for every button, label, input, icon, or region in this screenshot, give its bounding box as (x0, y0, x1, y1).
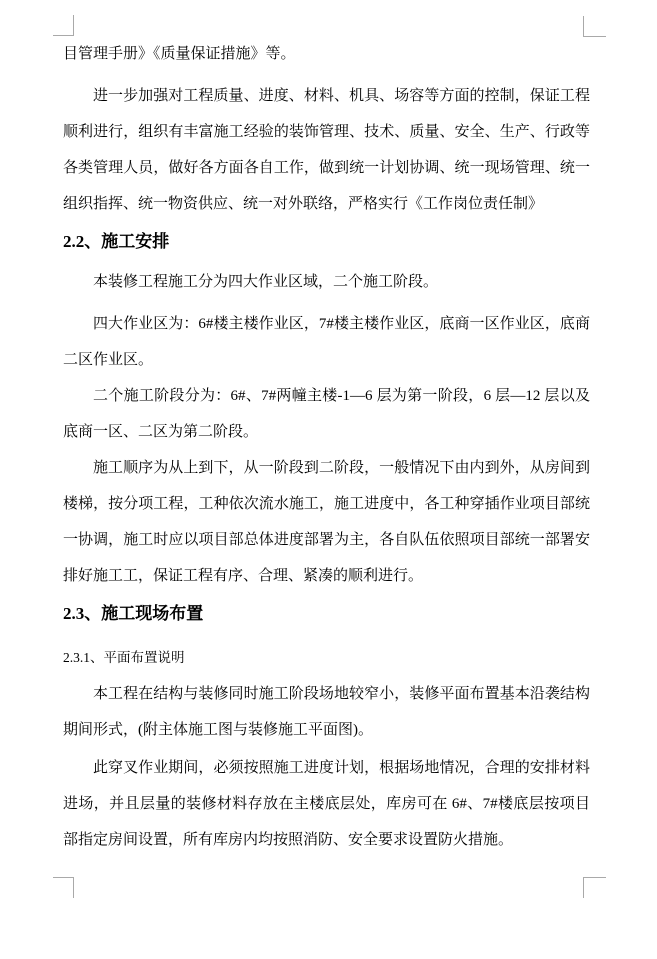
paragraph-construction-sequence: 施工顺序为从上到下，从一阶段到二阶段，一般情况下由内到外，从房间到楼梯，按分项工… (63, 450, 590, 594)
crop-mark-bottom-right (583, 877, 606, 898)
paragraph-four-work-zones: 四大作业区为：6#楼主楼作业区，7#楼主楼作业区，底商一区作业区，底商二区作业区… (63, 306, 590, 378)
section-heading-2-2: 2.2、施工安排 (63, 224, 590, 260)
crop-mark-bottom-left (53, 877, 74, 898)
paragraph-site-layout: 本工程在结构与装修同时施工阶段场地较窄小，装修平面布置基本沿袭结构期间形式，(附… (63, 676, 590, 748)
document-page: 目管理手册》《质量保证措施》等。 进一步加强对工程质量、进度、材料、机具、场容等… (0, 0, 657, 959)
crop-mark-top-left (53, 15, 74, 36)
document-body: 目管理手册》《质量保证措施》等。 进一步加强对工程质量、进度、材料、机具、场容等… (63, 36, 590, 858)
paragraph-continuation: 目管理手册》《质量保证措施》等。 (63, 36, 590, 72)
paragraph-material-storage: 此穿叉作业期间，必须按照施工进度计划，根据场地情况，合理的安排材料进场，并且层量… (63, 750, 590, 858)
sub-heading-2-3-1: 2.3.1、平面布置说明 (63, 640, 590, 676)
paragraph-management-control: 进一步加强对工程质量、进度、材料、机具、场容等方面的控制，保证工程顺利进行，组织… (63, 78, 590, 222)
section-heading-2-3: 2.3、施工现场布置 (63, 596, 590, 632)
paragraph-two-phases: 二个施工阶段分为：6#、7#两幢主楼-1—6 层为第一阶段，6 层—12 层以及… (63, 378, 590, 450)
crop-mark-top-right (583, 16, 606, 37)
paragraph-zones-overview: 本装修工程施工分为四大作业区域，二个施工阶段。 (63, 264, 590, 300)
